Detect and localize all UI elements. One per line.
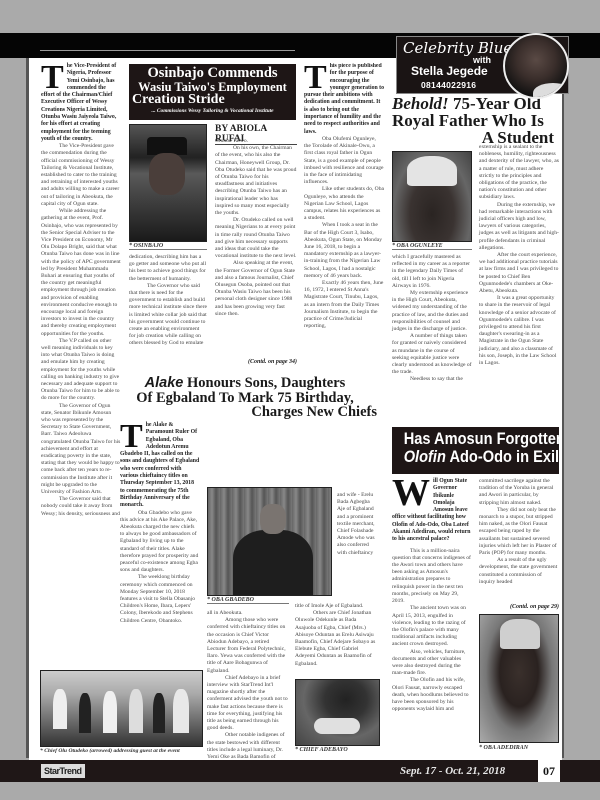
oba-gbadebo-photo-caption: * OBA GBADEBO xyxy=(207,597,289,604)
story1-paragraph: The Vice-President gave the commendation… xyxy=(41,143,121,208)
story4-continued-link[interactable]: (Contd. on page 29) xyxy=(479,604,559,610)
story1-col2: dedication, describing him has a go gett… xyxy=(129,254,207,348)
chief-adebayo-photo-caption: * CHIEF ADEBAYO xyxy=(295,747,365,753)
publication-logo: StarTrend xyxy=(41,764,85,778)
story4-headline: Has Amosun Forgotten Olofin Ado-Odo in E… xyxy=(404,427,548,466)
story2-paragraph: It was a great opportunity to share in t… xyxy=(479,295,559,367)
story3-paragraph: Among those who were conferred with chie… xyxy=(207,617,289,675)
story1-col3: Otunba Taiwo. On his own, the Chairman o… xyxy=(215,138,297,318)
oba-gbadebo-photo xyxy=(207,487,332,596)
story1-paragraph: dedication, describing him has a go gett… xyxy=(129,254,207,283)
story4-headline-box: Has Amosun Forgotten Olofin Ado-Odo in E… xyxy=(392,427,559,474)
columnist-name: Stella Jegede xyxy=(411,64,488,78)
story4-col2: committed sacrilege against the traditio… xyxy=(479,478,559,586)
oba-adediran-photo xyxy=(479,614,559,743)
celebrity-blues-badge: Celebrity Blues with Stella Jegede 08144… xyxy=(396,36,569,94)
story2-paragraph: Needless to say that the xyxy=(392,376,472,383)
guest-figure xyxy=(153,693,165,733)
story4-lead: Will Ogun State Governor Ibikunle Omolaj… xyxy=(392,478,472,544)
story3-paragraph: Other notable indigenes of the state bes… xyxy=(207,732,289,760)
oba-ogunleye-photo-caption: * OBA OGUNLEYE xyxy=(392,243,472,250)
columnist-phone: 08144022916 xyxy=(421,80,476,90)
story1-paragraph: While addressing the gathering at the ev… xyxy=(41,208,121,338)
chief-adebayo-photo xyxy=(295,679,380,746)
guest-figure xyxy=(53,689,67,729)
page-number: 07 xyxy=(538,760,560,782)
story1-paragraph: The Governor said that nobody could take… xyxy=(41,496,121,518)
story3-paragraph: Others are Chief Jonathan Oluwole Odekun… xyxy=(295,610,377,668)
story2-paragraph: After the court experience, we had addit… xyxy=(479,252,559,295)
crown-shape xyxy=(407,156,457,186)
story2-dropcap: T xyxy=(304,65,327,91)
story3-lead: The Alake & Paramount Ruler Of Egbaland,… xyxy=(120,422,200,510)
story2-lead: This piece is published for the purpose … xyxy=(304,63,384,136)
story1-col1: The Vice-President of Nigeria, Professor… xyxy=(41,63,121,703)
story1-paragraph: Also speaking at the event, the Former G… xyxy=(215,260,297,318)
story1-continued-link[interactable]: (Contd. on page 34) xyxy=(215,359,297,365)
story2-col2: which I gracefully mastered as reflected… xyxy=(392,254,472,384)
story2-paragraph: Oba Olufemi Ogunleye, the Torolade of Ak… xyxy=(304,136,384,186)
osinbajo-photo xyxy=(129,124,207,242)
story2-paragraph: A number of things taken for granted or … xyxy=(392,333,472,376)
guest-figure xyxy=(103,691,117,733)
osinbajo-photo-caption: * OSINBAJO xyxy=(129,243,207,250)
story2-paragraph: During the externship, we had remarkable… xyxy=(479,202,559,252)
story1-dropcap: T xyxy=(41,65,64,91)
story3-paragraph: Chief Adebayo in a brief interview with … xyxy=(207,675,289,733)
face-shape xyxy=(149,153,185,195)
issue-date: Sept. 17 - Oct. 21, 2018 xyxy=(400,764,505,778)
story3-paragraph: The weeklong birthday ceremony which com… xyxy=(120,574,200,624)
page-footer xyxy=(0,760,600,782)
story4-paragraph: The ancient town was on April 15, 2013, … xyxy=(392,605,472,648)
story3-dropcap: T xyxy=(120,424,143,450)
story3-col3-side: and wife - Erelu Bada Agbegba Aje of Egb… xyxy=(337,492,377,557)
story1-headline: Osinbajo Commends Wasiu Taiwo's Employme… xyxy=(129,64,296,107)
event-photo-caption: * Chief Olu Otudeko (arrowed) addressing… xyxy=(40,748,205,754)
story4-paragraph: This is a million-naira question that co… xyxy=(392,548,472,606)
story3-col2: all in Abeokuta. Among those who were co… xyxy=(207,610,289,760)
story3-col1: The Alake & Paramount Ruler Of Egbaland,… xyxy=(120,422,200,625)
story1-subhead: ... Commissions Wessy Tailoring & Vocati… xyxy=(129,108,296,114)
face-shape xyxy=(260,504,286,534)
story2-paragraph: When I took a seat in the Bar of the Hig… xyxy=(304,222,384,280)
crown-shape xyxy=(500,619,540,649)
story1-paragraph: Otunba Taiwo. xyxy=(215,138,297,145)
page-right-edge xyxy=(562,58,564,758)
story2-col1: This piece is published for the purpose … xyxy=(304,63,384,363)
story4-paragraph: As a result of the ugly development, the… xyxy=(479,557,559,586)
story2-headline: Behold! 75-Year Old Royal Father Who Is … xyxy=(392,95,562,146)
story2-paragraph: externship is a sealant to the nobleness… xyxy=(479,144,559,202)
story2-col3: externship is a sealant to the nobleness… xyxy=(479,144,559,367)
story2-paragraph: Like other students do, Oba Ogunleye, wh… xyxy=(304,186,384,222)
guest-figure xyxy=(173,689,189,733)
newspaper-page: The Vice-President of Nigeria, Professor… xyxy=(29,58,562,760)
event-photo xyxy=(40,670,203,747)
story1-paragraph: On his own, the Chairman of the event, w… xyxy=(215,145,297,217)
arm-shape xyxy=(314,718,360,734)
story1-paragraph: The Governor of Ogun state, Senator Ibik… xyxy=(41,403,121,497)
story4-paragraph: Also, vehicles, furniture, documents and… xyxy=(392,649,472,678)
celebrity-blues-title: Celebrity Blues xyxy=(403,39,520,57)
story1-headline-box: Osinbajo Commends Wasiu Taiwo's Employme… xyxy=(129,64,296,120)
guest-figure xyxy=(79,693,91,733)
story4-paragraph: They did not only beat the monarch to a … xyxy=(479,507,559,557)
story4-col1: Will Ogun State Governor Ibikunle Omolaj… xyxy=(392,478,472,713)
story2-paragraph: Exactly 46 years then, June 16, 1972, I … xyxy=(304,280,384,330)
oba-adediran-photo-caption: * OBA ADEDIRAN xyxy=(479,745,559,751)
story2-paragraph: My externship experience in the High Cou… xyxy=(392,290,472,333)
columnist-avatar xyxy=(503,33,569,99)
story1-paragraph: The Governor who said that there is need… xyxy=(129,283,207,348)
story3-headline: Alake Honours Sons, Daughters Of Egbalan… xyxy=(111,376,379,420)
guest-figure xyxy=(129,689,143,733)
story1-lead: The Vice-President of Nigeria, Professor… xyxy=(41,63,121,143)
story2-paragraph: which I gracefully mastered as reflected… xyxy=(392,254,472,290)
story1-paragraph: The V.P called on other well meaning ind… xyxy=(41,338,121,403)
story3-paragraph: all in Abeokuta. xyxy=(207,610,289,617)
story4-paragraph: committed sacrilege against the traditio… xyxy=(479,478,559,507)
oba-ogunleye-photo xyxy=(392,151,472,242)
story4-dropcap: W xyxy=(392,479,430,508)
robe-shape xyxy=(233,530,313,596)
story3-paragraph: Oba Gbadebo who gave this advice at his … xyxy=(120,510,200,575)
masthead-rule xyxy=(40,50,295,51)
story1-paragraph: Dr. Otudeko called on well meaning Niger… xyxy=(215,217,297,260)
story4-paragraph: The Olofin and his wife, Olori Fausat, n… xyxy=(392,677,472,713)
story3-col3: title of Imole Aje of Egbaland. Others a… xyxy=(295,603,377,668)
